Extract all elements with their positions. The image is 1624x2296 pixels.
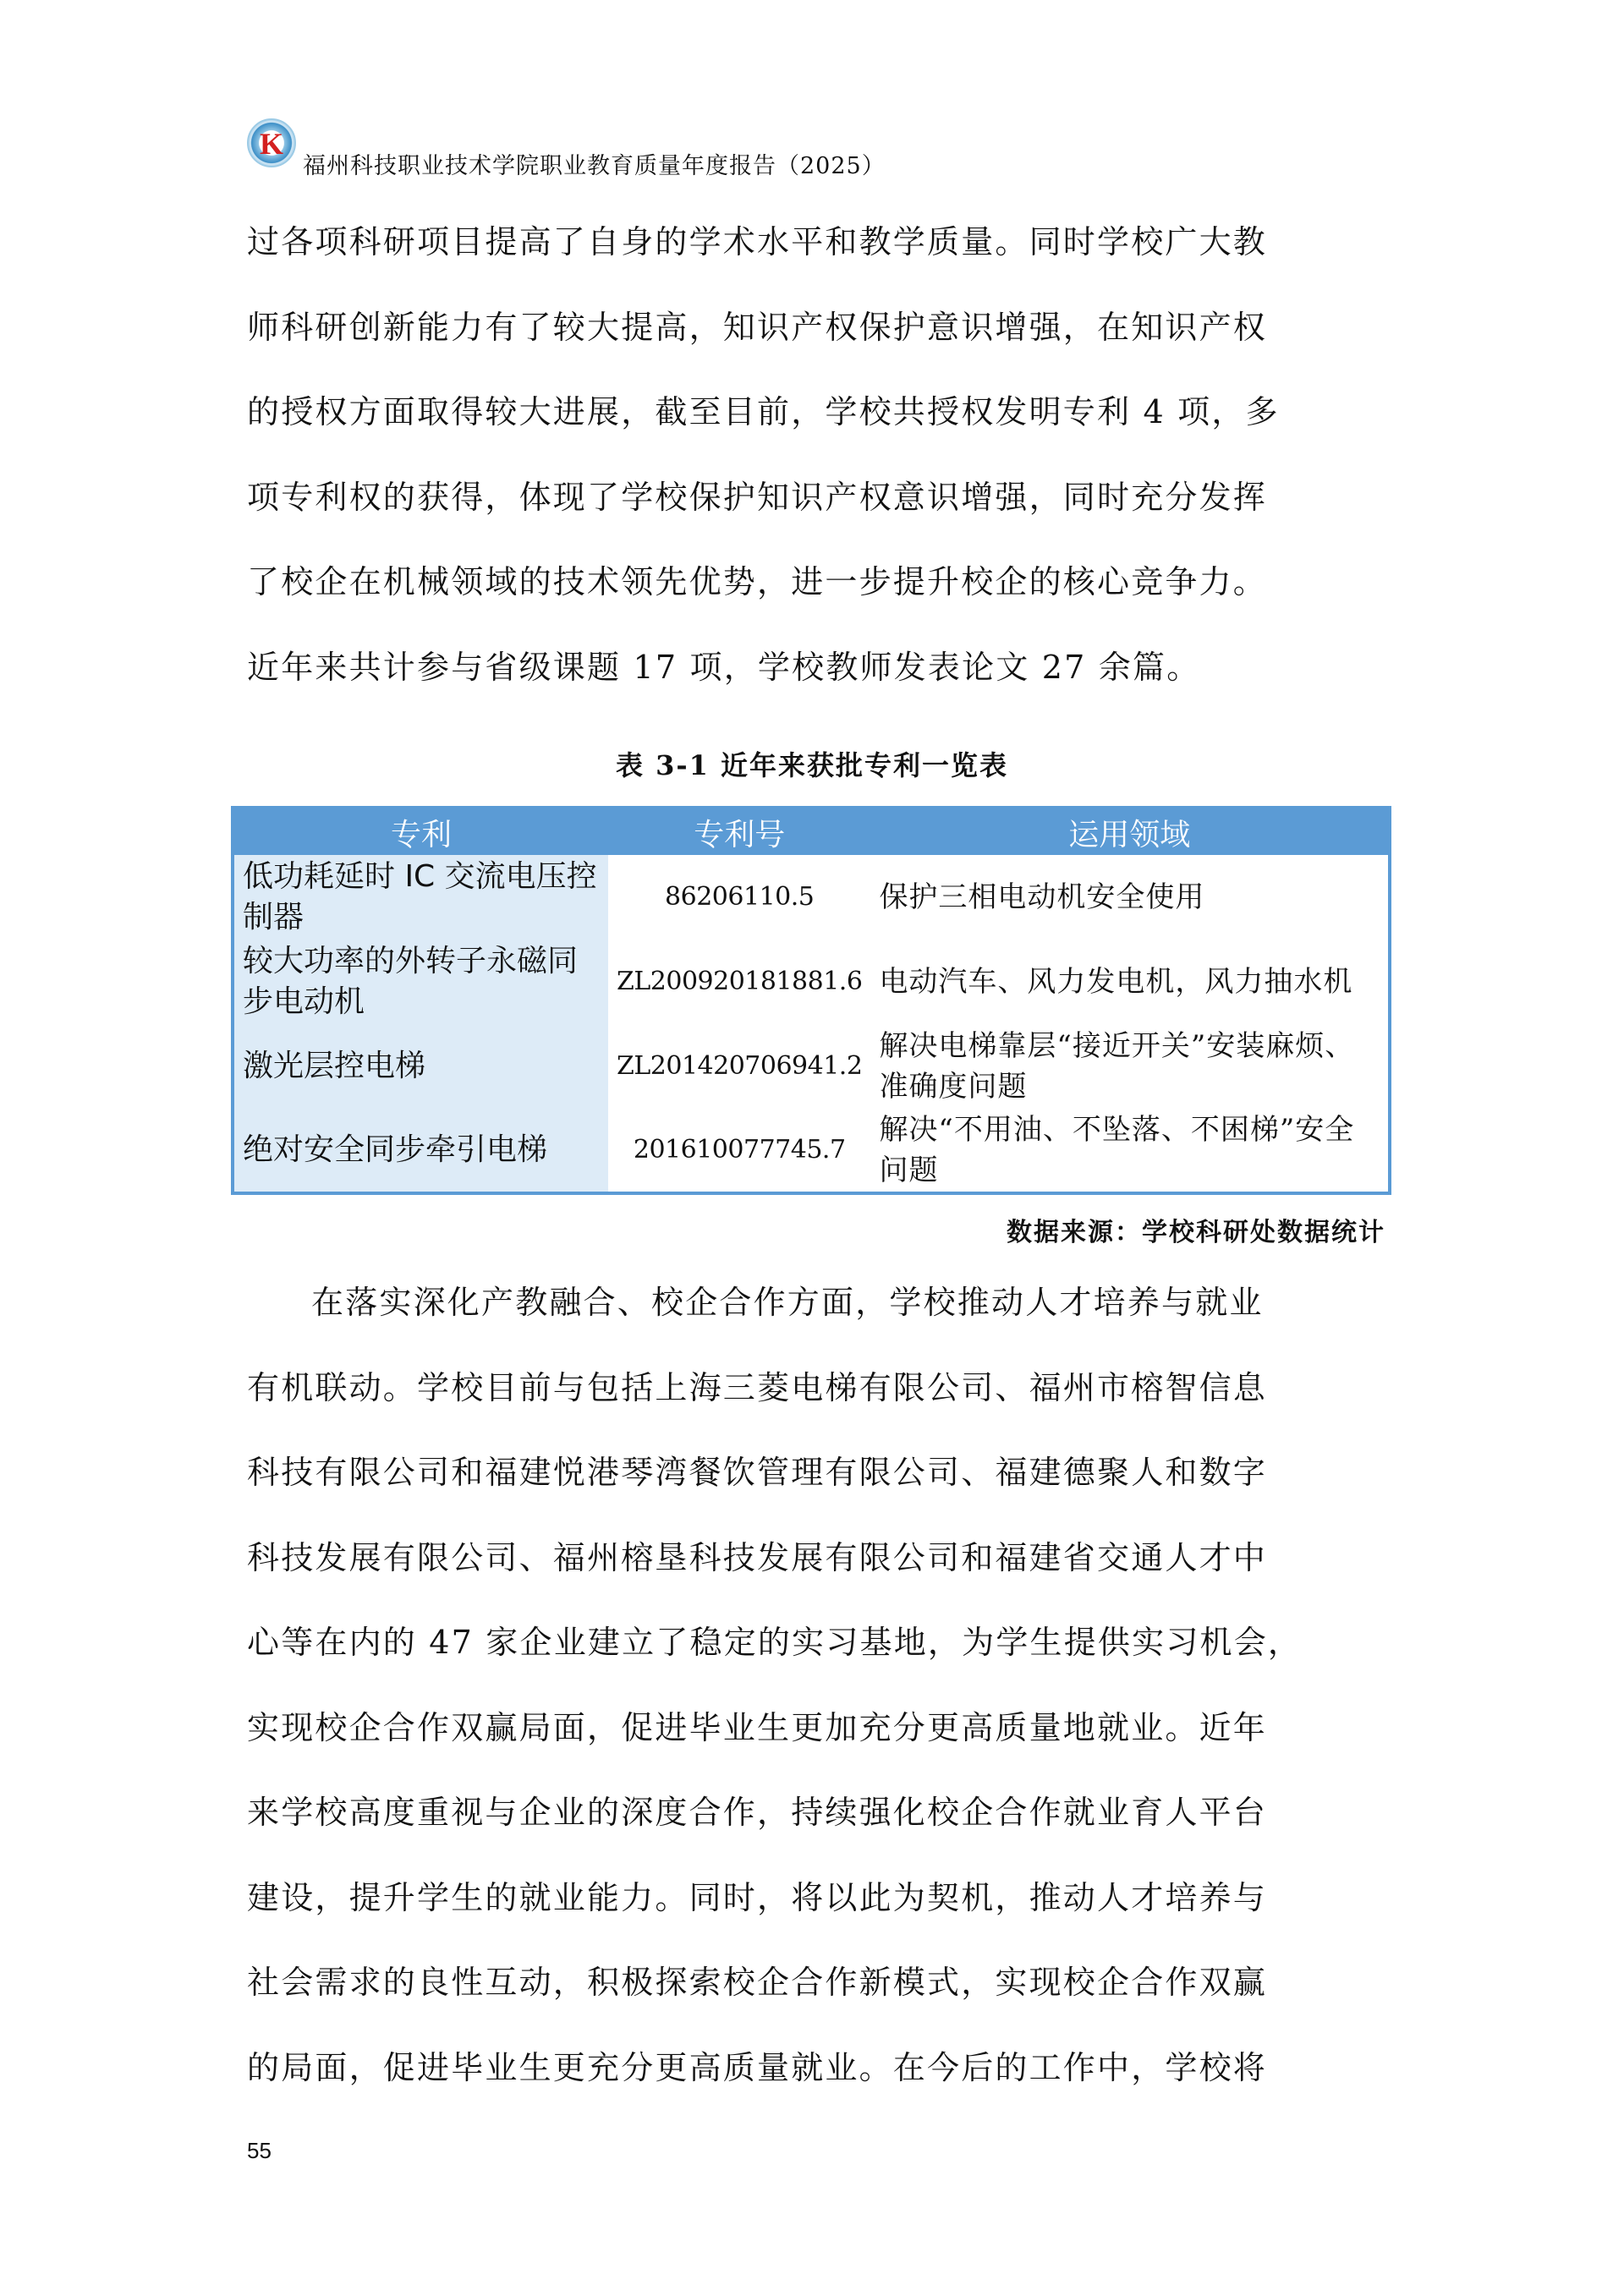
text-line: 的局面，促进毕业生更充分更高质量就业。在今后的工作中，学校将 (247, 2025, 1397, 2111)
text-line: 在落实深化产教融合、校企合作方面，学校推动人才培养与就业 (247, 1260, 1397, 1345)
paragraph-industry-cooperation: 在落实深化产教融合、校企合作方面，学校推动人才培养与就业 有机联动。学校目前与包… (247, 1260, 1397, 2110)
patent-number: 201610077745.7 (608, 1109, 870, 1193)
patent-name: 低功耗延时 IC 交流电压控制器 (233, 855, 608, 940)
patent-name: 较大功率的外转子永磁同步电动机 (233, 940, 608, 1024)
table-row: 激光层控电梯 ZL201420706941.2 解决电梯靠层“接近开关”安装麻烦… (233, 1024, 1390, 1109)
text-line: 近年来共计参与省级课题 17 项，学校教师发表论文 27 余篇。 (247, 625, 1397, 710)
page-number: 55 (247, 2138, 272, 2164)
school-logo-icon: K (247, 118, 296, 167)
table-caption: 表 3-1 近年来获批专利一览表 (0, 744, 1624, 783)
text-line: 科技有限公司和福建悦港琴湾餐饮管理有限公司、福建德聚人和数字 (247, 1430, 1397, 1515)
report-title: 福州科技职业技术学院职业教育质量年度报告（2025） (303, 147, 886, 180)
table-header-row: 专利 专利号 运用领域 (233, 808, 1390, 855)
text-line: 建设，提升学生的就业能力。同时，将以此为契机，推动人才培养与 (247, 1855, 1397, 1941)
column-header-patent: 专利 (233, 808, 608, 855)
table-source-note: 数据来源：学校科研处数据统计 (0, 1211, 1385, 1248)
text-line: 过各项科研项目提高了自身的学术水平和教学质量。同时学校广大教 (247, 200, 1397, 285)
text-line: 来学校高度重视与企业的深度合作，持续强化校企合作就业育人平台 (247, 1770, 1397, 1855)
patent-name: 绝对安全同步牵引电梯 (233, 1109, 608, 1193)
text-line: 实现校企合作双赢局面，促进毕业生更加充分更高质量地就业。近年 (247, 1685, 1397, 1771)
patents-table: 专利 专利号 运用领域 低功耗延时 IC 交流电压控制器 86206110.5 … (231, 806, 1391, 1195)
patent-field: 解决电梯靠层“接近开关”安装麻烦、准确度问题 (870, 1024, 1390, 1109)
text-line: 社会需求的良性互动，积极探索校企合作新模式，实现校企合作双赢 (247, 1940, 1397, 2025)
text-line: 的授权方面取得较大进展，截至目前，学校共授权发明专利 4 项，多 (247, 370, 1397, 455)
patent-name: 激光层控电梯 (233, 1024, 608, 1109)
table-row: 绝对安全同步牵引电梯 201610077745.7 解决“不用油、不坠落、不困梯… (233, 1109, 1390, 1193)
page-header: K 福州科技职业技术学院职业教育质量年度报告（2025） (247, 118, 1347, 178)
text-line: 师科研创新能力有了较大提高，知识产权保护意识增强，在知识产权 (247, 285, 1397, 370)
text-line: 心等在内的 47 家企业建立了稳定的实习基地，为学生提供实习机会， (247, 1600, 1397, 1685)
patent-number: 86206110.5 (608, 855, 870, 940)
column-header-application-field: 运用领域 (870, 808, 1390, 855)
text-line: 科技发展有限公司、福州榕垦科技发展有限公司和福建省交通人才中 (247, 1515, 1397, 1601)
patent-field: 保护三相电动机安全使用 (870, 855, 1390, 940)
table-row: 低功耗延时 IC 交流电压控制器 86206110.5 保护三相电动机安全使用 (233, 855, 1390, 940)
text-line: 有机联动。学校目前与包括上海三菱电梯有限公司、福州市榕智信息 (247, 1345, 1397, 1431)
patent-number: ZL201420706941.2 (608, 1024, 870, 1109)
table-row: 较大功率的外转子永磁同步电动机 ZL200920181881.6 电动汽车、风力… (233, 940, 1390, 1024)
patent-field: 电动汽车、风力发电机，风力抽水机 (870, 940, 1390, 1024)
text-line: 项专利权的获得，体现了学校保护知识产权意识增强，同时充分发挥 (247, 455, 1397, 540)
column-header-patent-number: 专利号 (608, 808, 870, 855)
paragraph-research: 过各项科研项目提高了自身的学术水平和教学质量。同时学校广大教 师科研创新能力有了… (247, 200, 1397, 710)
patent-number: ZL200920181881.6 (608, 940, 870, 1024)
text-line: 了校企在机械领域的技术领先优势，进一步提升校企的核心竞争力。 (247, 540, 1397, 625)
patent-field: 解决“不用油、不坠落、不困梯”安全问题 (870, 1109, 1390, 1193)
logo-letter: K (249, 125, 294, 162)
